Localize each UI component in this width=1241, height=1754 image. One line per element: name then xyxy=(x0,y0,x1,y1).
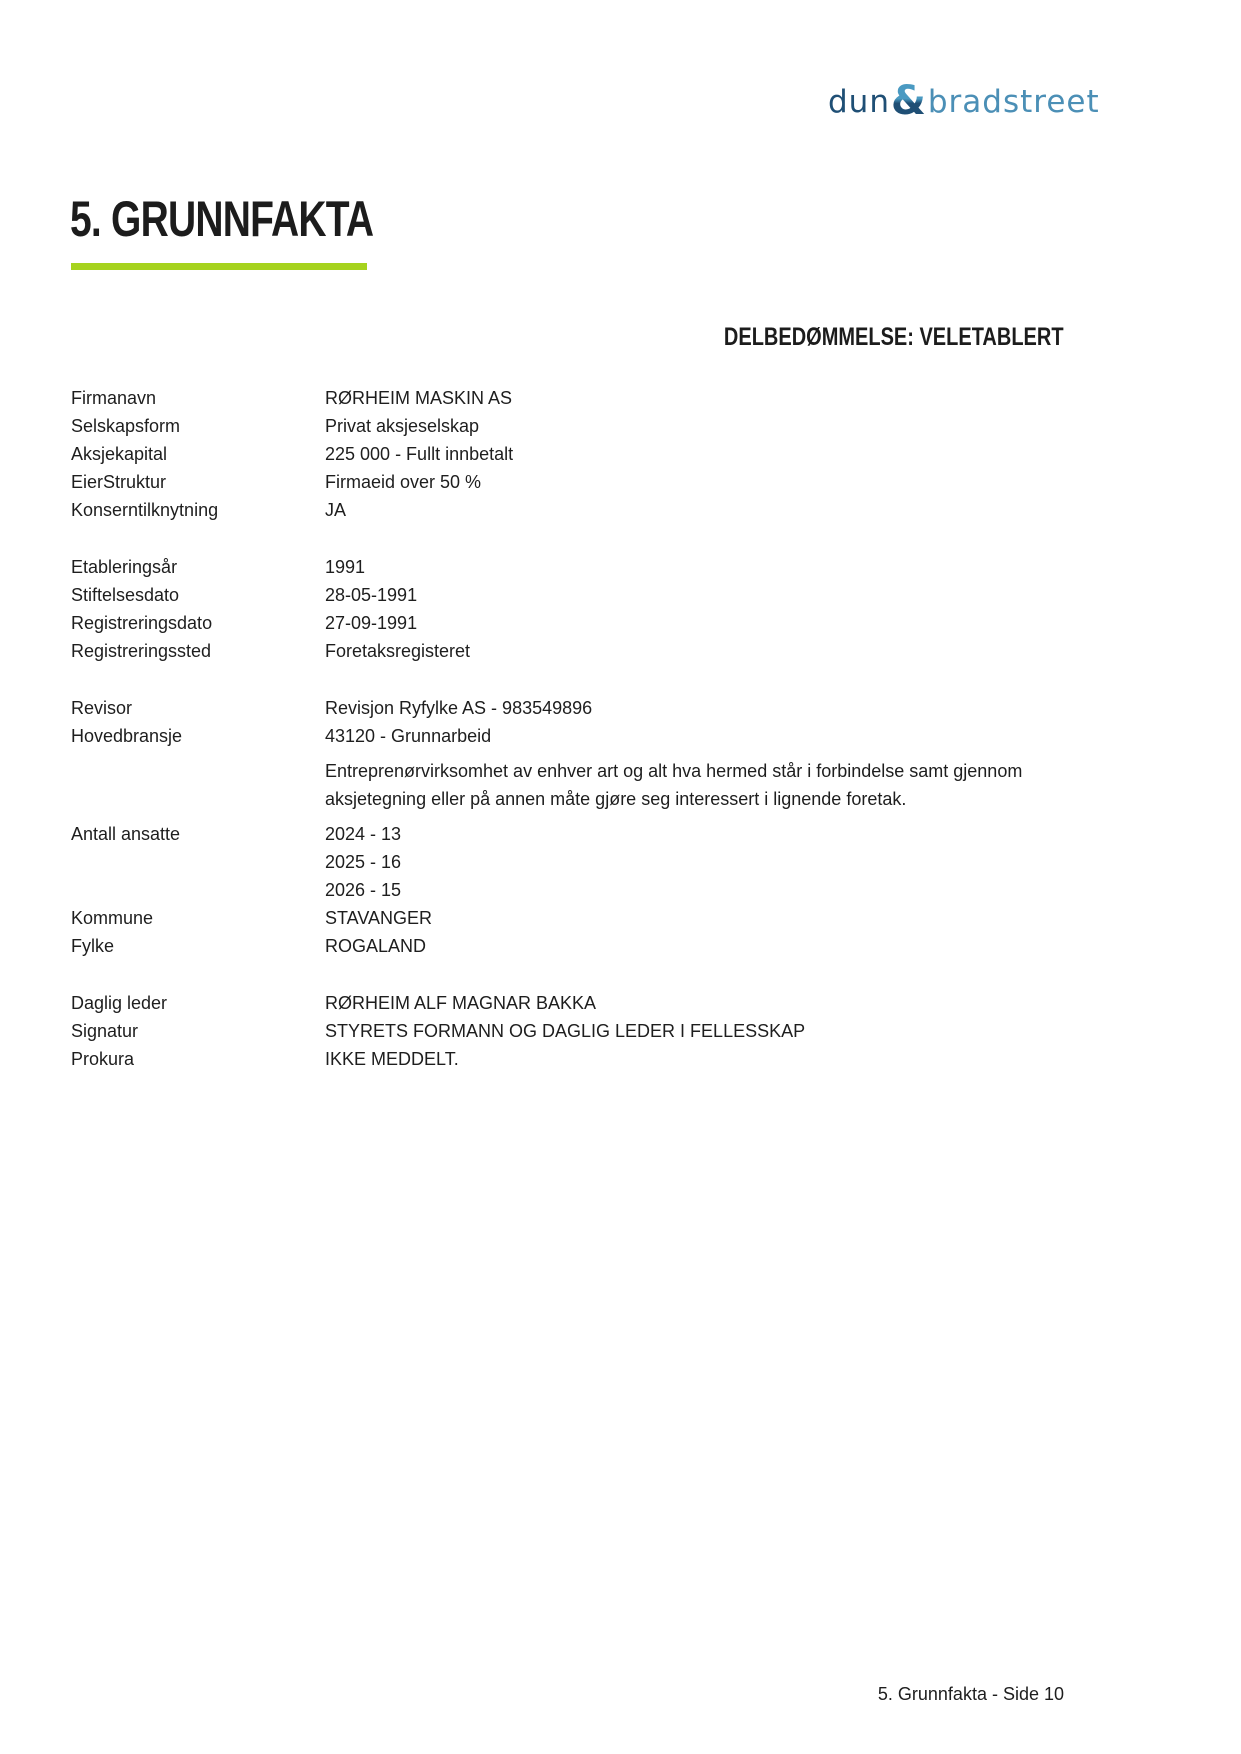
fact-row-registreringsdato: Registreringsdato 27-09-1991 xyxy=(71,609,1071,637)
fact-label: Registreringssted xyxy=(71,637,325,665)
fact-label: Selskapsform xyxy=(71,412,325,440)
logo-text-dun: dun xyxy=(828,84,890,120)
fact-label: Prokura xyxy=(71,1045,325,1073)
fact-label: Hovedbransje xyxy=(71,722,325,750)
fact-value: 2026 - 15 xyxy=(325,876,401,904)
fact-row-daglig-leder: Daglig leder RØRHEIM ALF MAGNAR BAKKA xyxy=(71,989,1071,1017)
fact-label: Antall ansatte xyxy=(71,820,325,848)
fact-label: Konserntilknytning xyxy=(71,496,325,524)
fact-label: Registreringsdato xyxy=(71,609,325,637)
fact-label: Daglig leder xyxy=(71,989,325,1017)
fact-value: 28-05-1991 xyxy=(325,581,417,609)
fact-value: 1991 xyxy=(325,553,365,581)
fact-row-kommune: Kommune STAVANGER xyxy=(71,904,1071,932)
sub-rating-heading: DELBEDØMMELSE: VELETABLERT xyxy=(724,322,1064,352)
group-spacer xyxy=(71,524,1071,553)
fact-label: Fylke xyxy=(71,932,325,960)
fact-value: IKKE MEDDELT. xyxy=(325,1045,459,1073)
fact-value: STYRETS FORMANN OG DAGLIG LEDER I FELLES… xyxy=(325,1017,805,1045)
fact-label-empty xyxy=(71,876,325,904)
fact-label: Aksjekapital xyxy=(71,440,325,468)
fact-value: 27-09-1991 xyxy=(325,609,417,637)
logo-text-bradstreet: bradstreet xyxy=(928,84,1100,120)
fact-value: ROGALAND xyxy=(325,932,426,960)
fact-value: 43120 - Grunnarbeid xyxy=(325,722,491,750)
fact-label: Signatur xyxy=(71,1017,325,1045)
fact-row-aksjekapital: Aksjekapital 225 000 - Fullt innbetalt xyxy=(71,440,1071,468)
fact-row-antall-ansatte-3: 2026 - 15 xyxy=(71,876,1071,904)
fact-row-registreringssted: Registreringssted Foretaksregisteret xyxy=(71,637,1071,665)
fact-value: 225 000 - Fullt innbetalt xyxy=(325,440,513,468)
fact-value: RØRHEIM ALF MAGNAR BAKKA xyxy=(325,989,596,1017)
group-spacer xyxy=(71,960,1071,989)
facts-table: Firmanavn RØRHEIM MASKIN AS Selskapsform… xyxy=(71,384,1071,1073)
fact-row-etableringsar: Etableringsår 1991 xyxy=(71,553,1071,581)
fact-value: Revisjon Ryfylke AS - 983549896 xyxy=(325,694,592,722)
page-title: 5. GRUNNFAKTA xyxy=(70,193,373,245)
fact-row-eierstruktur: EierStruktur Firmaeid over 50 % xyxy=(71,468,1071,496)
fact-row-stiftelsesdato: Stiftelsesdato 28-05-1991 xyxy=(71,581,1071,609)
title-accent-bar xyxy=(71,263,367,270)
dun-bradstreet-logo: dun&bradstreet xyxy=(828,80,1100,124)
fact-value: 2025 - 16 xyxy=(325,848,401,876)
fact-label-empty xyxy=(71,848,325,876)
fact-label: Kommune xyxy=(71,904,325,932)
logo-ampersand-icon: & xyxy=(891,78,927,124)
fact-label: EierStruktur xyxy=(71,468,325,496)
fact-label: Firmanavn xyxy=(71,384,325,412)
fact-row-selskapsform: Selskapsform Privat aksjeselskap xyxy=(71,412,1071,440)
fact-row-prokura: Prokura IKKE MEDDELT. xyxy=(71,1045,1071,1073)
fact-label: Etableringsår xyxy=(71,553,325,581)
fact-value: STAVANGER xyxy=(325,904,432,932)
fact-value: RØRHEIM MASKIN AS xyxy=(325,384,512,412)
fact-row-konserntilknytning: Konserntilknytning JA xyxy=(71,496,1071,524)
fact-value: 2024 - 13 xyxy=(325,820,401,848)
fact-value: Firmaeid over 50 % xyxy=(325,468,481,496)
fact-label: Stiftelsesdato xyxy=(71,581,325,609)
fact-row-fylke: Fylke ROGALAND xyxy=(71,932,1071,960)
fact-row-signatur: Signatur STYRETS FORMANN OG DAGLIG LEDER… xyxy=(71,1017,1071,1045)
fact-row-revisor: Revisor Revisjon Ryfylke AS - 983549896 xyxy=(71,694,1071,722)
business-description: Entreprenørvirksomhet av enhver art og a… xyxy=(325,750,1070,820)
group-spacer xyxy=(71,665,1071,694)
fact-value: Foretaksregisteret xyxy=(325,637,470,665)
fact-value: Privat aksjeselskap xyxy=(325,412,479,440)
page-footer: 5. Grunnfakta - Side 10 xyxy=(878,1681,1064,1707)
fact-row-hovedbransje: Hovedbransje 43120 - Grunnarbeid xyxy=(71,722,1071,750)
fact-row-antall-ansatte: Antall ansatte 2024 - 13 xyxy=(71,820,1071,848)
fact-label: Revisor xyxy=(71,694,325,722)
fact-row-firmanavn: Firmanavn RØRHEIM MASKIN AS xyxy=(71,384,1071,412)
fact-row-antall-ansatte-2: 2025 - 16 xyxy=(71,848,1071,876)
fact-value: JA xyxy=(325,496,346,524)
